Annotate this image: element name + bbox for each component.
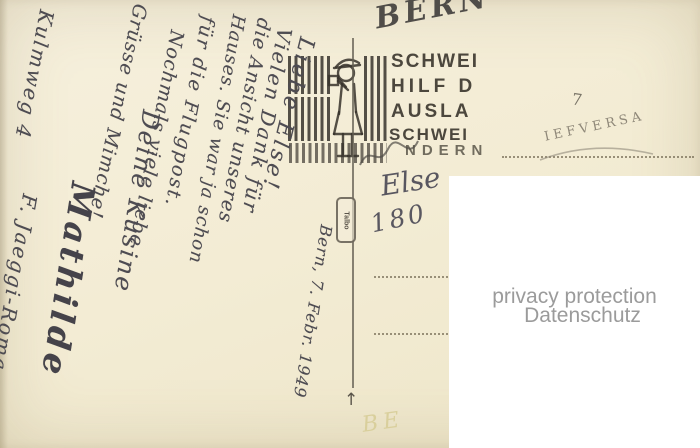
postmark-text-line1: SCHWEI [391,52,479,71]
sender-street: Kulmweg 4 [12,8,57,141]
arc-handstamp-curve [538,138,658,164]
privacy-text-de: Datenschutz [457,305,700,326]
publisher-mark-badge: Talbo [336,197,356,243]
postmark-text-line2: HILF D [391,77,476,96]
handwritten-city: BERN [372,0,493,36]
dotted-line-middle [374,276,448,278]
address-number: 180 [368,198,430,238]
publisher-mark-text: Talbo [343,211,350,229]
corner-pen-mark: 7 [571,89,584,109]
pencil-note: BE [360,407,405,438]
postmark-text-line3: AUSLA [391,102,471,121]
handwritten-date: Bern, 7. Febr. 1949 [291,223,334,399]
divider-arrow-icon: ↑ [344,390,358,410]
privacy-overlay: privacy protection Datenschutz [449,176,700,448]
signature: Mathilde [36,180,100,381]
dotted-line-bottom [374,333,448,335]
postcard-back-scan: BERN SCHWEI HILF D AUSLA SCHWEI NDERN [0,0,700,448]
paper-edge-shadow [0,0,8,448]
